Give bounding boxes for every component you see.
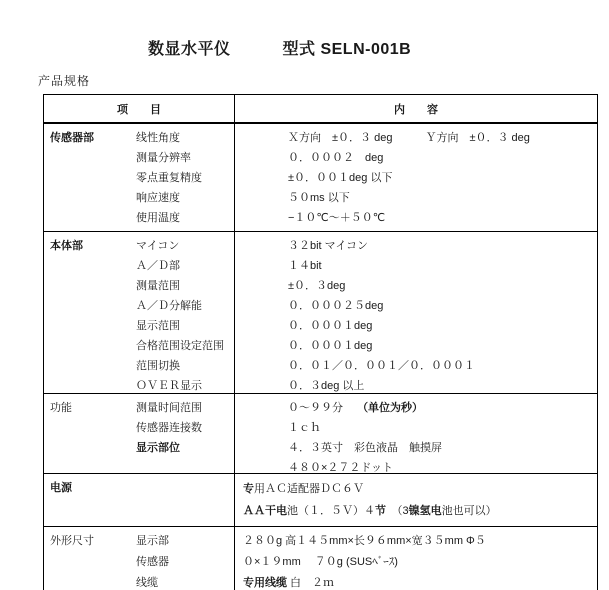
table-header-content: 内 容 [234,95,597,122]
row-label: 测量范围 [136,276,234,296]
row-label: 使用温度 [136,208,234,228]
spec-section-5: 外形尺寸显示部传感器线缆２８０g 高１４５mm×长９６mm×宽３５mm Φ５０×… [44,527,597,590]
row-label: 范围切换 [136,356,234,376]
row-label: 线性角度 [136,128,234,148]
row-label: 显示范围 [136,316,234,336]
row-label: 测量分辨率 [136,148,234,168]
row-value: ０．０００１deg [288,336,597,356]
spec-section-1: 传感器部线性角度测量分辨率零点重复精度响应速度使用温度Ｘ方向 ±０．３ deg … [44,124,597,232]
row-value: ±０．３deg [288,276,597,296]
row-label: 响应速度 [136,188,234,208]
spec-section-3: 功能测量时间范围传感器连接数显示部位０～９９分 （单位为秒）１ｃｈ４．３英寸 彩… [44,394,597,474]
row-label: 传感器连接数 [136,418,234,438]
table-header-item: 项 目 [44,95,234,122]
item-cell: 电源 [44,474,234,526]
row-label: 线缆 [136,573,234,590]
section-label: 外形尺寸 [50,531,94,551]
row-value: ３２bit マイコン [288,236,597,256]
row-label: 零点重复精度 [136,168,234,188]
content-cell: ０～９９分 （单位为秒）１ｃｈ４．３英寸 彩色液晶 触摸屏４８０×２７２ドット [234,394,597,473]
sub-labels: 显示部传感器线缆 [136,531,234,590]
row-label: 传感器 [136,552,234,573]
row-label: Ａ／Ｄ部 [136,256,234,276]
row-label: 测量时间范围 [136,398,234,418]
row-value: ０．０１／０．００１／０．０００１ [288,356,597,376]
row-value: 专用ＡＣ适配器ＤＣ６Ｖ [243,478,597,500]
table-header-row: 项 目 内 容 [44,95,597,124]
row-label: ＯＶＥＲ显示 [136,376,234,396]
sub-labels [136,478,234,522]
sub-labels: マイコンＡ／Ｄ部测量范围Ａ／Ｄ分解能显示范围合格范围设定范围范围切换ＯＶＥＲ显示 [136,236,234,396]
page-title-row: 数显水平仪型式 SELN-001B [148,0,609,59]
row-value: ０．０００１deg [288,316,597,336]
content-cell: ２８０g 高１４５mm×长９６mm×宽３５mm Φ５０×１９mm ７０g (SU… [234,527,597,590]
section-label: 电源 [50,478,72,498]
section-label: 功能 [50,398,72,418]
item-cell: 传感器部线性角度测量分辨率零点重复精度响应速度使用温度 [44,124,234,231]
page-title: 数显水平仪 [148,41,231,58]
row-value: −１０℃～＋５０℃ [288,208,597,228]
row-label [136,500,234,522]
row-label: 合格范围设定范围 [136,336,234,356]
row-label: 显示部 [136,531,234,552]
row-value: Ｘ方向 ±０．３ deg Ｙ方向 ±０．３ deg [288,128,597,148]
row-value: ０～９９分 （单位为秒） [288,398,597,418]
section-label: 本体部 [50,236,83,256]
item-cell: 功能测量时间范围传感器连接数显示部位 [44,394,234,473]
model-label: 型式 SELN-001B [283,41,412,58]
row-label: 显示部位 [136,438,234,458]
row-value: ５０ms 以下 [288,188,597,208]
spec-section-2: 本体部マイコンＡ／Ｄ部测量范围Ａ／Ｄ分解能显示范围合格范围设定范围范围切换ＯＶＥ… [44,232,597,394]
row-value: ０×１９mm ７０g (SUSﾍﾞｰｽ) [243,552,597,573]
content-cell: 专用ＡＣ适配器ＤＣ６ＶＡＡ干电池（１．５Ｖ）４节 （3镍氢电池也可以） [234,474,597,526]
row-value: ＡＡ干电池（１．５Ｖ）４节 （3镍氢电池也可以） [243,500,597,522]
spec-table: 项 目 内 容 传感器部线性角度测量分辨率零点重复精度响应速度使用温度Ｘ方向 ±… [43,94,598,590]
row-value: １ｃｈ [288,418,597,438]
row-value: １４bit [288,256,597,276]
row-value: ０．３deg 以上 [288,376,597,396]
row-value: ０．０００２ deg [288,148,597,168]
section-subtitle: 产品规格 [38,72,609,89]
row-value: ４．３英寸 彩色液晶 触摸屏 [288,438,597,458]
table-body: 传感器部线性角度测量分辨率零点重复精度响应速度使用温度Ｘ方向 ±０．３ deg … [44,124,597,590]
content-cell: Ｘ方向 ±０．３ deg Ｙ方向 ±０．３ deg０．０００２ deg±０．００… [234,124,597,231]
row-value: ２８０g 高１４５mm×长９６mm×宽３５mm Φ５ [243,531,597,552]
content-cell: ３２bit マイコン１４bit±０．３deg０．０００２５deg０．０００１de… [234,232,597,393]
row-value: ０．０００２５deg [288,296,597,316]
row-label [136,478,234,500]
row-value: 专用线缆 白 ２ｍ [243,573,597,590]
spec-section-4: 电源专用ＡＣ适配器ＤＣ６ＶＡＡ干电池（１．５Ｖ）４节 （3镍氢电池也可以） [44,474,597,527]
row-label: マイコン [136,236,234,256]
sub-labels: 测量时间范围传感器连接数显示部位 [136,398,234,478]
row-label: Ａ／Ｄ分解能 [136,296,234,316]
row-value: ±０．００１deg 以下 [288,168,597,188]
section-label: 传感器部 [50,128,94,148]
item-cell: 外形尺寸显示部传感器线缆 [44,527,234,590]
item-cell: 本体部マイコンＡ／Ｄ部测量范围Ａ／Ｄ分解能显示范围合格范围设定范围范围切换ＯＶＥ… [44,232,234,393]
sub-labels: 线性角度测量分辨率零点重复精度响应速度使用温度 [136,128,234,228]
